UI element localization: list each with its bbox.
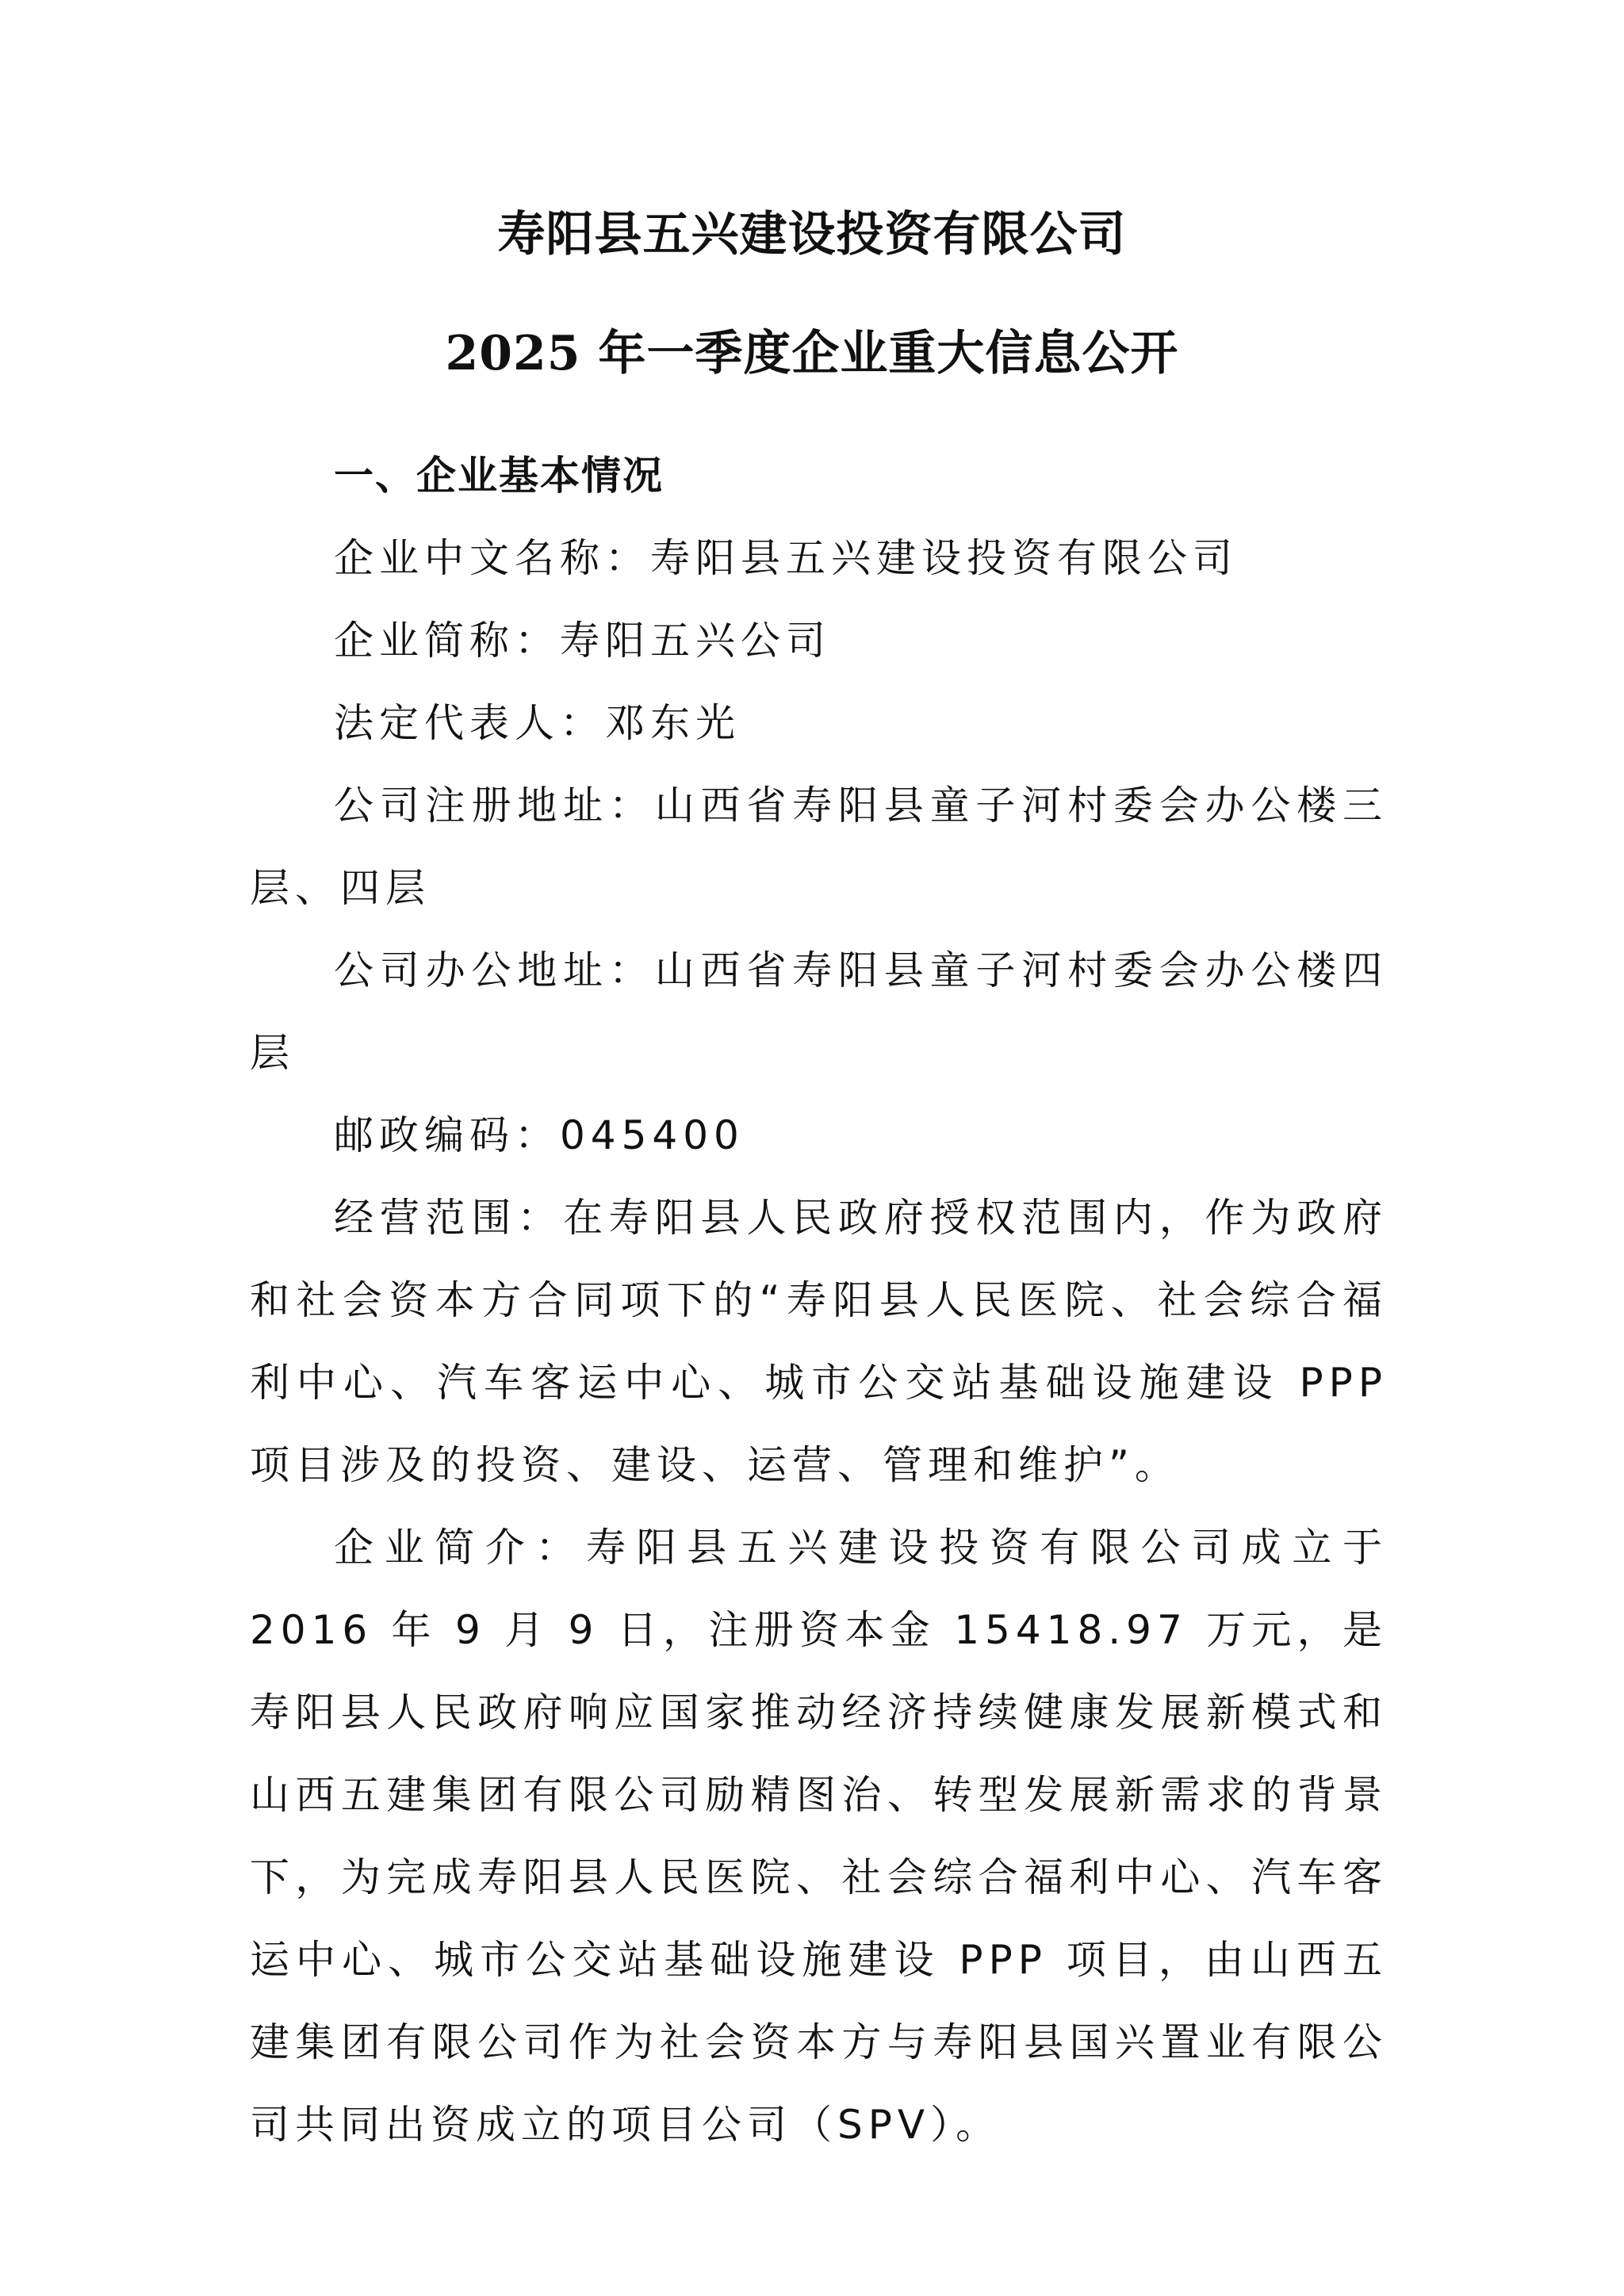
field-short-name: 企业简称：寿阳五兴公司	[250, 599, 1388, 682]
field-office-address: 公司办公地址：山西省寿阳县童子河村委会办公楼四层	[250, 929, 1388, 1094]
field-business-scope: 经营范围：在寿阳县人民政府授权范围内，作为政府和社会资本方合同项下的“寿阳县人民…	[250, 1177, 1388, 1506]
field-chinese-name: 企业中文名称：寿阳县五兴建设投资有限公司	[250, 517, 1388, 599]
field-postal-code: 邮政编码：045400	[250, 1094, 1388, 1177]
section-heading-basic-info: 一、企业基本情况	[250, 434, 1388, 517]
field-legal-representative: 法定代表人：邓东光	[250, 682, 1388, 764]
document-title-company: 寿阳县五兴建设投资有限公司	[0, 197, 1624, 265]
field-registered-address: 公司注册地址：山西省寿阳县童子河村委会办公楼三层、四层	[250, 764, 1388, 929]
document-page: 寿阳县五兴建设投资有限公司 2025 年一季度企业重大信息公开 一、企业基本情况…	[0, 0, 1624, 2296]
field-company-profile: 企业简介：寿阳县五兴建设投资有限公司成立于 2016 年 9 月 9 日，注册资…	[250, 1506, 1388, 2166]
document-title-disclosure: 2025 年一季度企业重大信息公开	[0, 316, 1624, 384]
document-body: 一、企业基本情况 企业中文名称：寿阳县五兴建设投资有限公司 企业简称：寿阳五兴公…	[250, 434, 1388, 2166]
